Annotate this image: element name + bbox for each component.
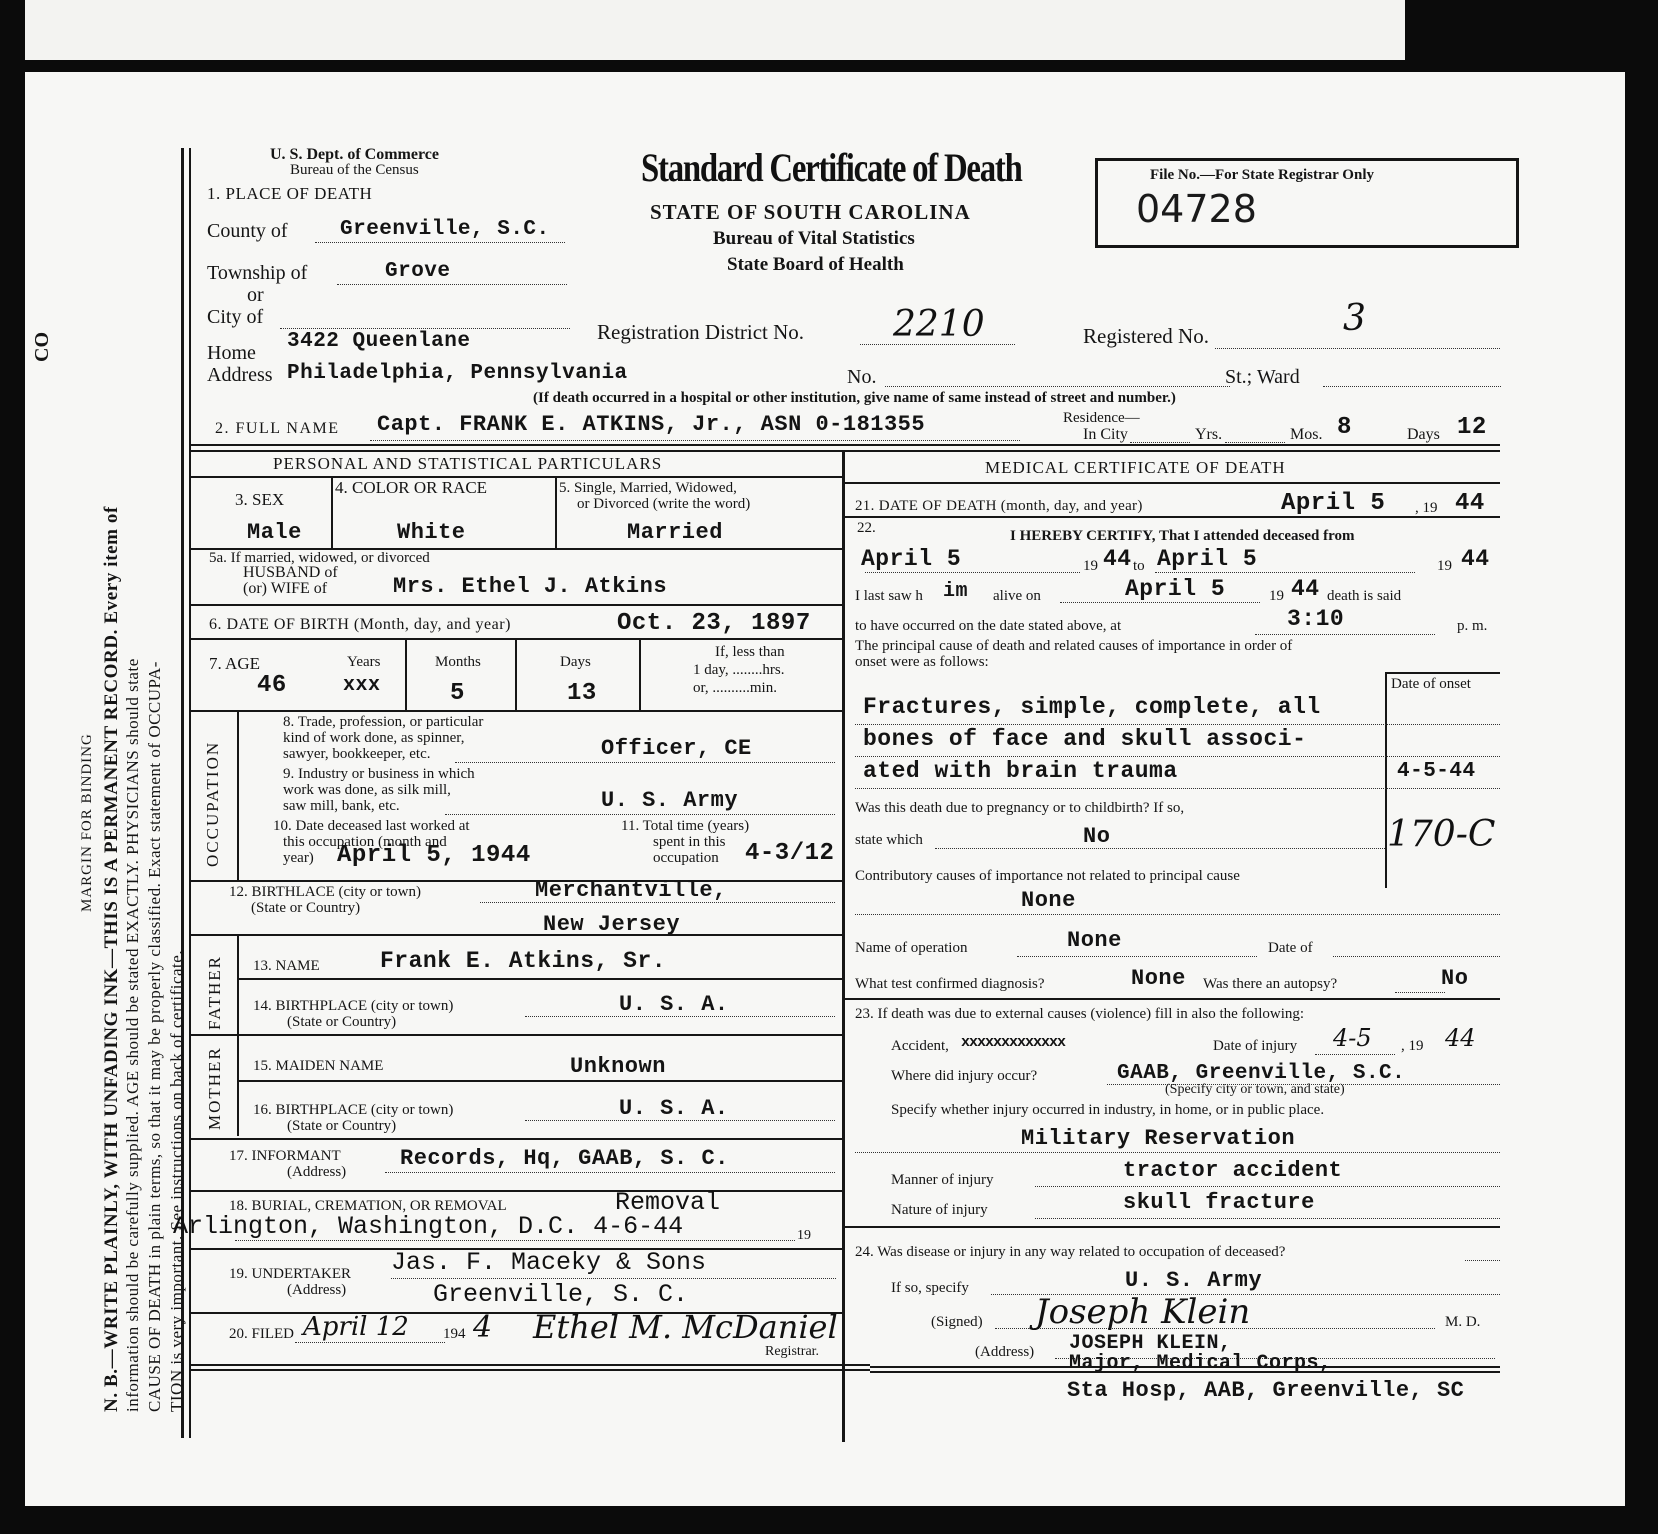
pregnancy-value: No <box>1083 824 1110 849</box>
accident-struck: xxxxxxxxxxxxx <box>961 1034 1065 1051</box>
totaltime-label-2: spent in this <box>653 834 726 851</box>
father-name-value: Frank E. Atkins, Sr. <box>380 948 666 974</box>
last-saw-year-label: 19 <box>1269 588 1284 605</box>
test-label: What test confirmed diagnosis? <box>855 976 1045 993</box>
form-border-left-inner <box>189 148 191 1438</box>
margin-edge-mark: CO <box>31 332 54 362</box>
marital-label-1: 5. Single, Married, Widowed, <box>559 480 737 497</box>
city-label: City of <box>207 306 263 329</box>
trade-label-3: sawyer, bookkeeper, etc. <box>283 746 430 763</box>
full-name-label: 2. FULL NAME <box>215 420 340 438</box>
injury-date-label: Date of injury <box>1213 1038 1297 1055</box>
op-date-label: Date of <box>1268 940 1313 957</box>
ampm: p. m. <box>1457 618 1487 635</box>
mother-bp-label-1: 16. BIRTHPLACE (city or town) <box>253 1102 453 1119</box>
registered-label: Registered No. <box>1083 324 1209 349</box>
registered-value: 3 <box>1343 298 1366 339</box>
margin-line-3: CAUSE OF DEATH in plain terms, so that i… <box>145 661 165 1412</box>
home-line-2: Philadelphia, Pennsylvania <box>287 362 628 385</box>
father-name-label: 13. NAME <box>253 958 320 975</box>
physician-signature: Joseph Klein <box>1035 1292 1250 1332</box>
attended-from-year-label: 19 <box>1083 558 1098 575</box>
dod-label: 21. DATE OF DEATH (month, day, and year) <box>855 498 1143 515</box>
sex-value: Male <box>247 520 302 545</box>
informant-label-2: (Address) <box>287 1164 346 1181</box>
months-label: Months <box>435 654 481 671</box>
birthplace-label-1: 12. BIRTHLACE (city or town) <box>229 884 421 901</box>
attended-to-year: 44 <box>1461 546 1490 572</box>
trade-label-2: kind of work done, as spinner, <box>283 730 464 747</box>
township-value: Grove <box>385 260 451 283</box>
nature-value: skull fracture <box>1123 1190 1315 1215</box>
pregnancy-label-2: state which <box>855 832 923 849</box>
onset-date: 4-5-44 <box>1397 760 1476 783</box>
dod-value: April 5 <box>1281 490 1385 517</box>
attended-to-year-label: 19 <box>1437 558 1452 575</box>
spouse-value: Mrs. Ethel J. Atkins <box>393 574 667 599</box>
certify-label: I HEREBY CERTIFY, That I attended deceas… <box>1010 528 1355 545</box>
dob-value: Oct. 23, 1897 <box>617 610 811 637</box>
informant-label-1: 17. INFORMANT <box>229 1148 341 1165</box>
less-label-2: 1 day, ........hrs. <box>693 662 785 679</box>
attended-to: April 5 <box>1157 546 1257 572</box>
hospital-note: (If death occurred in a hospital or othe… <box>533 390 1176 407</box>
top-paper-strip <box>25 0 1535 60</box>
occurred-label: to have occurred on the date stated abov… <box>855 618 1121 635</box>
address-label: (Address) <box>975 1344 1034 1361</box>
birthplace-city: Merchantville, <box>535 878 727 903</box>
pregnancy-label-1: Was this death due to pregnancy or to ch… <box>855 800 1184 817</box>
mos-value: 8 <box>1337 414 1352 441</box>
form-border-left <box>181 148 184 1438</box>
physician-address: Sta Hosp, AAB, Greenville, SC <box>1067 1378 1464 1403</box>
home-label: Home <box>207 342 256 365</box>
full-name-value: Capt. FRANK E. ATKINS, Jr., ASN 0-181355 <box>377 412 925 437</box>
totaltime-label-3: occupation <box>653 850 719 867</box>
age-days: 13 <box>567 680 597 707</box>
certify-num: 22. <box>857 520 876 537</box>
age-label: 7. AGE <box>209 654 260 674</box>
file-number-label: File No.—For State Registrar Only <box>1150 167 1374 184</box>
injury-year: 44 <box>1445 1024 1476 1052</box>
death-time: 3:10 <box>1287 606 1344 632</box>
occupation-related-label: 24. Was disease or injury in any way rel… <box>855 1244 1285 1261</box>
lastworked-label-3: year) <box>283 850 314 867</box>
county-label: County of <box>207 220 288 243</box>
personal-heading: PERSONAL AND STATISTICAL PARTICULARS <box>273 454 662 474</box>
dod-year-label: , 19 <box>1415 500 1438 517</box>
mother-bp-value: U. S. A. <box>619 1096 729 1121</box>
place-of-death-label: 1. PLACE OF DEATH <box>207 184 372 204</box>
trade-value: Officer, CE <box>601 736 752 761</box>
informant-value: Records, Hq, GAAB, S. C. <box>400 1146 729 1171</box>
manner-label: Manner of injury <box>891 1172 993 1189</box>
to-label: to <box>1133 558 1145 575</box>
father-side-label: FATHER <box>205 955 225 1030</box>
signed-label: (Signed) <box>931 1314 983 1331</box>
lastworked-label-1: 10. Date deceased last worked at <box>273 818 470 835</box>
days-value: 12 <box>1457 414 1487 441</box>
undertaker-label-2: (Address) <box>287 1282 346 1299</box>
undertaker-addr: Greenville, S. C. <box>433 1280 688 1309</box>
external-label: 23. If death was due to external causes … <box>855 1006 1304 1023</box>
onset-label: Date of onset <box>1391 676 1471 693</box>
contrib-label: Contributory causes of importance not re… <box>855 868 1240 885</box>
mos-label: Mos. <box>1290 426 1322 444</box>
attended-from: April 5 <box>861 546 961 572</box>
no-label: No. <box>847 366 876 389</box>
board-label: State Board of Health <box>727 254 904 276</box>
specify-label: Specify whether injury occurred in indus… <box>891 1102 1324 1119</box>
file-number-box: File No.—For State Registrar Only 04728 <box>1095 158 1519 248</box>
age-years: 46 <box>257 672 287 699</box>
race-value: White <box>397 520 466 545</box>
manner-value: tractor accident <box>1123 1158 1342 1183</box>
operation-value: None <box>1067 928 1122 953</box>
margin-line-2: information should be carefully supplied… <box>123 658 143 1412</box>
nature-label: Nature of injury <box>891 1202 988 1219</box>
death-said-label: death is said <box>1327 588 1401 605</box>
last-saw-year: 44 <box>1291 576 1320 602</box>
marital-value: Married <box>627 520 723 545</box>
accident-label: Accident, <box>891 1038 949 1055</box>
days-label: Days <box>560 654 591 671</box>
age-months: 5 <box>450 680 465 707</box>
reg-district-label: Registration District No. <box>597 320 804 345</box>
marital-label-2: or Divorced (write the word) <box>577 496 750 513</box>
dob-label: 6. DATE OF BIRTH (Month, day, and year) <box>209 616 511 634</box>
burial-year-label: 19 <box>797 1228 811 1244</box>
sex-label: 3. SEX <box>235 490 284 510</box>
less-label-3: or, ..........min. <box>693 680 777 697</box>
medical-heading: MEDICAL CERTIFICATE OF DEATH <box>985 458 1286 478</box>
age-years-strike: xxx <box>343 674 381 697</box>
county-value: Greenville, S.C. <box>340 218 550 241</box>
in-city-label: In City <box>1083 426 1128 444</box>
yrs-label: Yrs. <box>1195 426 1222 444</box>
filed-date: April 12 <box>303 1312 409 1342</box>
last-saw-date: April 5 <box>1125 576 1225 602</box>
autopsy-value: No <box>1441 966 1468 991</box>
father-bp-value: U. S. A. <box>619 992 729 1017</box>
home-line-1: 3422 Queenlane <box>287 330 470 353</box>
filed-year-label: 194 <box>443 1326 466 1343</box>
operation-label: Name of operation <box>855 940 967 957</box>
death-certificate: CO N. B.—WRITE PLAINLY, WITH UNFADING IN… <box>25 72 1625 1506</box>
margin-binding-label: MARGIN FOR BINDING <box>79 733 96 912</box>
filed-label: 20. FILED <box>229 1326 294 1343</box>
totaltime-value: 4-3/12 <box>745 840 834 867</box>
occupation-side-label: OCCUPATION <box>203 741 223 867</box>
days-label: Days <box>1407 426 1440 444</box>
attended-from-year: 44 <box>1103 546 1132 572</box>
trade-label-1: 8. Trade, profession, or particular <box>283 714 483 731</box>
last-saw-pronoun: im <box>943 580 968 603</box>
state-label: STATE OF SOUTH CAROLINA <box>650 200 971 225</box>
md-label: M. D. <box>1445 1314 1480 1331</box>
or-label: or <box>247 284 264 307</box>
injury-year-label: , 19 <box>1401 1038 1424 1055</box>
injury-date: 4-5 <box>1333 1024 1372 1052</box>
filed-year: 4 <box>473 1310 492 1345</box>
mother-side-label: MOTHER <box>205 1046 225 1130</box>
reg-district-value: 2210 <box>893 304 985 345</box>
certificate-title: Standard Certificate of Death <box>641 144 1022 191</box>
residence-label: Residence— <box>1063 410 1140 427</box>
specify-value: Military Reservation <box>1021 1126 1295 1151</box>
strip-shadow <box>1405 0 1535 60</box>
mother-name-value: Unknown <box>570 1054 666 1079</box>
industry-label-3: saw mill, bank, etc. <box>283 798 400 815</box>
cause-line-3: ated with brain trauma <box>863 758 1178 784</box>
cause-line-1: Fractures, simple, complete, all <box>863 694 1321 720</box>
mother-bp-label-2: (State or Country) <box>287 1118 396 1135</box>
industry-value: U. S. Army <box>601 788 738 813</box>
margin-line-4: TION is very important. See instructions… <box>167 950 187 1412</box>
principal-label-2: onset were as follows: <box>855 654 989 671</box>
industry-label-1: 9. Industry or business in which <box>283 766 475 783</box>
autopsy-label: Was there an autopsy? <box>1203 976 1337 993</box>
years-label: Years <box>347 654 380 671</box>
address-label: Address <box>207 364 273 387</box>
father-bp-label-2: (State or Country) <box>287 1014 396 1031</box>
industry-label-2: work was done, as silk mill, <box>283 782 451 799</box>
contrib-value: None <box>1021 888 1076 913</box>
center-divider <box>842 452 845 1442</box>
if-so-value: U. S. Army <box>1125 1268 1262 1293</box>
cause-code: 170-C <box>1387 814 1495 855</box>
last-saw-label: I last saw h <box>855 588 923 605</box>
test-value: None <box>1131 966 1186 991</box>
undertaker-label-1: 19. UNDERTAKER <box>229 1266 351 1283</box>
registrar-label: Registrar. <box>765 1344 819 1360</box>
less-label-1: If, less than <box>715 644 785 661</box>
vital-stats-label: Bureau of Vital Statistics <box>713 228 915 250</box>
race-label: 4. COLOR OR RACE <box>335 478 487 498</box>
principal-label-1: The principal cause of death and related… <box>855 638 1292 655</box>
if-so-label: If so, specify <box>891 1280 969 1297</box>
undertaker-value: Jas. F. Maceky & Sons <box>391 1248 706 1277</box>
totaltime-label-1: 11. Total time (years) <box>621 818 749 835</box>
township-label: Township of <box>207 262 307 285</box>
lastworked-value: April 5, 1944 <box>337 842 531 869</box>
burial-place-value: Arlington, Washington, D.C. 4-6-44 <box>173 1212 683 1241</box>
mother-name-label: 15. MAIDEN NAME <box>253 1058 383 1075</box>
where-label: Where did injury occur? <box>891 1068 1037 1085</box>
dod-year: 44 <box>1455 490 1485 517</box>
cause-line-2: bones of face and skull associ- <box>863 726 1306 752</box>
margin-line-1: N. B.—WRITE PLAINLY, WITH UNFADING INK—T… <box>101 506 123 1412</box>
bureau-label: Bureau of the Census <box>290 162 419 179</box>
alive-label: alive on <box>993 588 1041 605</box>
registrar-signature: Ethel M. McDaniel <box>533 1308 838 1346</box>
file-number-value: 04728 <box>1136 187 1257 231</box>
st-ward-label: St.; Ward <box>1225 366 1300 389</box>
where-hint: (Specify city or town, and state) <box>1165 1082 1345 1098</box>
father-bp-label-1: 14. BIRTHPLACE (city or town) <box>253 998 453 1015</box>
birthplace-label-2: (State or Country) <box>251 900 360 917</box>
spouse-label-3: (or) WIFE of <box>243 580 327 598</box>
